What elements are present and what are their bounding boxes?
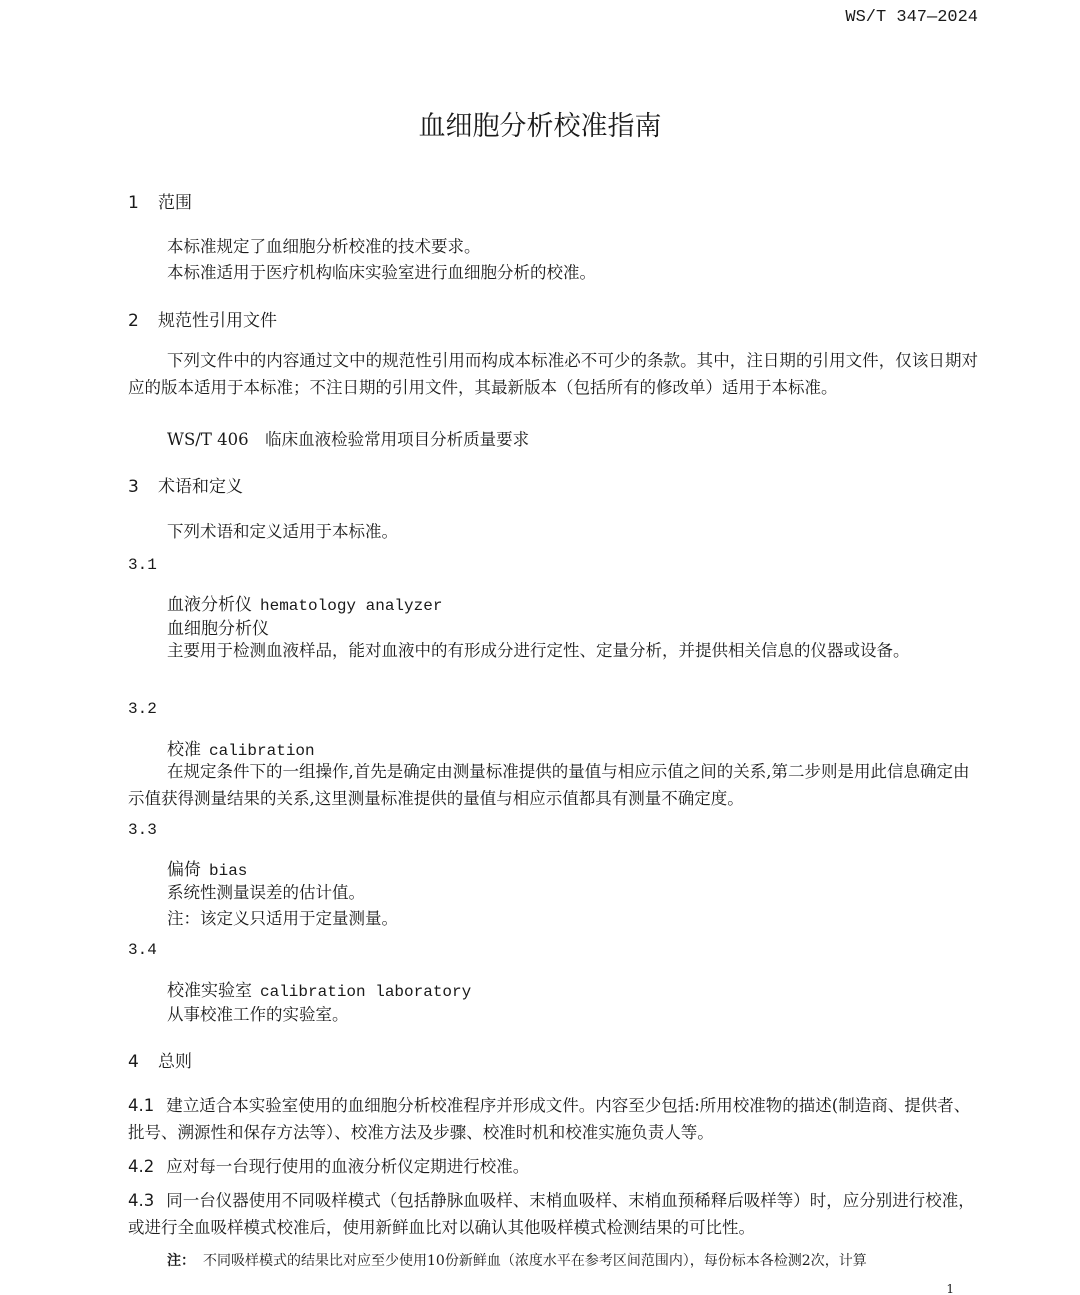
section-heading-2: 2规范性引用文件 xyxy=(128,306,277,331)
normative-reference: WS/T 406 临床血液检验常用项目分析质量要求 xyxy=(167,426,529,450)
page-number: 1 xyxy=(946,1282,954,1295)
note-text: 不同吸样模式的结果比对应至少使用10份新鲜血（浓度水平在参考区间范围内），每份标… xyxy=(203,1253,867,1269)
term-zh: 校准 xyxy=(167,740,201,760)
term-entry: 血液分析仪hematology analyzer xyxy=(167,590,442,615)
term-entry: 校准calibration xyxy=(167,735,315,760)
section-heading-4: 4总则 xyxy=(128,1047,192,1072)
section-heading-3: 3术语和定义 xyxy=(128,472,243,497)
standard-number: WS/T 347—2024 xyxy=(845,8,978,27)
section-title: 规范性引用文件 xyxy=(158,311,277,331)
paragraph: 本标准适用于医疗机构临床实验室进行血细胞分析的校准。 xyxy=(167,259,596,283)
definition: 系统性测量误差的估计值。 xyxy=(167,879,365,903)
term-zh: 校准实验室 xyxy=(167,981,252,1001)
definition: 从事校准工作的实验室。 xyxy=(167,1001,349,1025)
section-heading-1: 1范围 xyxy=(128,188,192,213)
clause-number: 4.3 xyxy=(128,1191,154,1210)
clause-number: 4.1 xyxy=(128,1096,154,1115)
clause-number: 3.3 xyxy=(128,821,157,839)
section-title: 术语和定义 xyxy=(158,477,243,497)
clause-4-1: 4.1建立适合本实验室使用的血细胞分析校准程序并形成文件。内容至少包括:所用校准… xyxy=(128,1092,978,1146)
definition: 在规定条件下的一组操作,首先是确定由测量标准提供的量值与相应示值之间的关系,第二… xyxy=(128,758,978,812)
note: 注：该定义只适用于定量测量。 xyxy=(167,905,398,929)
paragraph: 下列术语和定义适用于本标准。 xyxy=(167,518,398,542)
clause-number: 3.2 xyxy=(128,700,157,718)
clause-number: 3.1 xyxy=(128,556,157,574)
term-en: bias xyxy=(209,862,247,880)
clause-4-2: 4.2应对每一台现行使用的血液分析仪定期进行校准。 xyxy=(128,1153,978,1180)
clause-4-3: 4.3同一台仪器使用不同吸样模式（包括静脉血吸样、末梢血吸样、末梢血预稀释后吸样… xyxy=(128,1187,978,1241)
clause-number: 4.2 xyxy=(128,1157,154,1176)
definition: 主要用于检测血液样品，能对血液中的有形成分进行定性、定量分析，并提供相关信息的仪… xyxy=(128,637,978,664)
document-title: 血细胞分析校准指南 xyxy=(0,104,1080,143)
section-number: 4 xyxy=(128,1052,158,1072)
note-label: 注： xyxy=(167,1253,195,1269)
paragraph: 本标准规定了血细胞分析校准的技术要求。 xyxy=(167,233,481,257)
section-number: 3 xyxy=(128,477,158,497)
section-title: 总则 xyxy=(158,1052,192,1072)
clause-text: 建立适合本实验室使用的血细胞分析校准程序并形成文件。内容至少包括:所用校准物的描… xyxy=(128,1096,970,1142)
term-en: hematology analyzer xyxy=(260,597,442,615)
note: 注：不同吸样模式的结果比对应至少使用10份新鲜血（浓度水平在参考区间范围内），每… xyxy=(167,1250,867,1270)
term-zh: 偏倚 xyxy=(167,860,201,880)
section-title: 范围 xyxy=(158,193,192,213)
section-number: 1 xyxy=(128,193,158,213)
clause-number: 3.4 xyxy=(128,941,157,959)
term-entry: 校准实验室calibration laboratory xyxy=(167,976,471,1001)
section-number: 2 xyxy=(128,311,158,331)
term-zh: 血液分析仪 xyxy=(167,595,252,615)
clause-text: 应对每一台现行使用的血液分析仪定期进行校准。 xyxy=(166,1157,529,1176)
term-en: calibration laboratory xyxy=(260,983,471,1001)
term-alt: 血细胞分析仪 xyxy=(167,614,269,639)
term-entry: 偏倚bias xyxy=(167,855,247,880)
clause-text: 同一台仪器使用不同吸样模式（包括静脉血吸样、末梢血吸样、末梢血预稀释后吸样等）时… xyxy=(128,1191,975,1237)
paragraph: 下列文件中的内容通过文中的规范性引用而构成本标准必不可少的条款。其中，注日期的引… xyxy=(128,347,978,401)
